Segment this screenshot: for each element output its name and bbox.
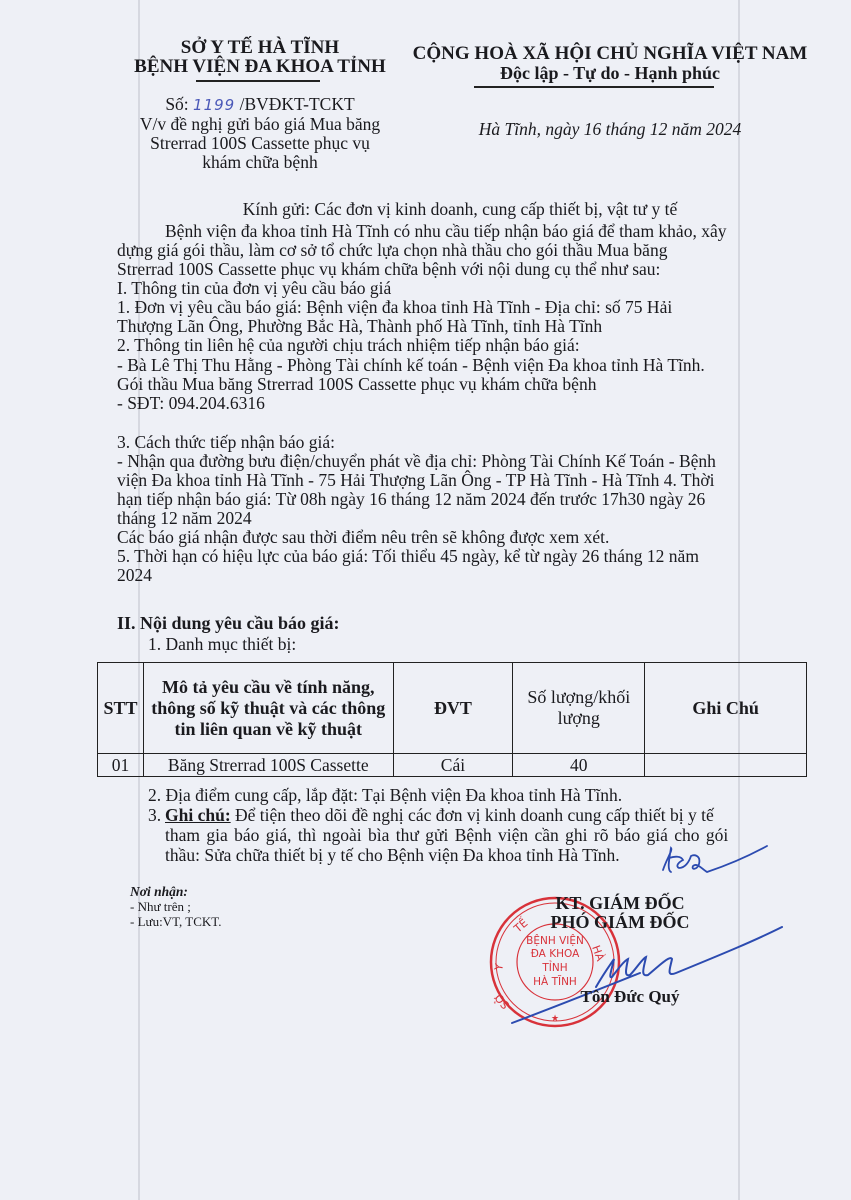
body-line: Gói thầu Mua băng Strerrad 100S Cassette… [117, 375, 596, 394]
hospital-name: BỆNH VIỆN ĐA KHOA TỈNH [100, 57, 420, 77]
body-line: viện Đa khoa tỉnh Hà Tĩnh - 75 Hải Thượn… [117, 471, 714, 490]
table-header-row: STT Mô tả yêu cầu về tính năng, thông số… [98, 663, 807, 754]
body-line: tháng 12 năm 2024 [117, 509, 252, 528]
body-line: - Nhận qua đường bưu điện/chuyển phát về… [117, 452, 716, 471]
number-handwritten: 1199 [193, 96, 235, 114]
cell-stt: 01 [98, 754, 144, 777]
recipient-item: - Như trên ; [130, 899, 191, 914]
header-quantity: Số lượng/khối lượng [513, 663, 645, 754]
place-date: Hà Tĩnh, ngày 16 tháng 12 năm 2024 [400, 120, 820, 139]
header-left-underline [196, 80, 320, 82]
subject-line-2: Strerrad 100S Cassette phục vụ [100, 134, 420, 153]
header-note: Ghi Chú [645, 663, 807, 754]
body-line: Thượng Lãn Ông, Phường Bắc Hà, Thành phố… [117, 317, 602, 336]
header-unit: ĐVT [393, 663, 513, 754]
body-line: Bệnh viện đa khoa tỉnh Hà Tĩnh có nhu cầ… [165, 222, 726, 241]
body-line: 5. Thời hạn có hiệu lực của báo giá: Tối… [117, 547, 699, 566]
section-2-item-3-number: 3. [148, 806, 161, 825]
equipment-table: STT Mô tả yêu cầu về tính năng, thông số… [97, 662, 807, 777]
cell-description: Băng Strerrad 100S Cassette [143, 754, 393, 777]
body-line: 2024 [117, 566, 152, 585]
nation-title: CỘNG HOÀ XÃ HỘI CHỦ NGHĨA VIỆT NAM [400, 44, 820, 64]
number-suffix: /BVĐKT-TCKT [240, 94, 355, 114]
cell-note [645, 754, 807, 777]
motto: Độc lập - Tự do - Hạnh phúc [400, 63, 820, 83]
subject-line-1: V/v đề nghị gửi báo giá Mua băng [100, 115, 420, 134]
page-fold-left [138, 0, 140, 1200]
section-2-item-1: 1. Danh mục thiết bị: [148, 635, 296, 654]
note-label: Ghi chú: [165, 805, 231, 825]
header-stt: STT [98, 663, 144, 754]
section-2-item-2: 2. Địa điểm cung cấp, lắp đặt: Tại Bệnh … [148, 786, 622, 805]
body-line: hạn tiếp nhận báo giá: Từ 08h ngày 16 th… [117, 490, 705, 509]
body-line: Các báo giá nhận được sau thời điểm nêu … [117, 528, 609, 547]
signer-name: Tôn Đức Quý [560, 987, 700, 1006]
salutation: Kính gửi: Các đơn vị kinh doanh, cung cấ… [110, 200, 810, 219]
body-line: 3. Cách thức tiếp nhận báo giá: [117, 433, 335, 452]
section-2-heading: II. Nội dung yêu cầu báo giá: [117, 613, 340, 633]
cell-unit: Cái [393, 754, 513, 777]
signature-title-1: KT. GIÁM ĐỐC [520, 893, 720, 913]
motto-underline [474, 86, 714, 88]
phone-line: - SĐT: 094.204.6316 [117, 394, 265, 413]
body-line: dựng giá gói thầu, làm cơ sở tổ chức lựa… [117, 241, 667, 260]
body-line: Strerrad 100S Cassette phục vụ khám chữa… [117, 260, 660, 279]
note-text: Để tiện theo dõi đề nghị các đơn vị kinh… [235, 805, 714, 825]
subject-line-3: khám chữa bệnh [100, 153, 420, 172]
body-line: 2. Thông tin liên hệ của người chịu trác… [117, 336, 580, 355]
body-line: - Bà Lê Thị Thu Hằng - Phòng Tài chính k… [117, 356, 705, 375]
section-1-heading: I. Thông tin của đơn vị yêu cầu báo giá [117, 279, 391, 298]
agency-name: SỞ Y TẾ HÀ TĨNH [100, 38, 420, 58]
header-description: Mô tả yêu cầu về tính năng, thông số kỹ … [143, 663, 393, 754]
body-line: 1. Đơn vị yêu cầu báo giá: Bệnh viện đa … [117, 298, 672, 317]
section-2-item-3-line-2: tham gia báo giá, thì ngoài bìa thư gửi … [165, 826, 728, 845]
recipients-title: Nơi nhận: [130, 884, 188, 899]
section-2-item-3-line-3: thầu: Sửa chữa thiết bị y tế cho Bệnh vi… [165, 846, 620, 865]
table-row: 01 Băng Strerrad 100S Cassette Cái 40 [98, 754, 807, 777]
cell-quantity: 40 [513, 754, 645, 777]
director-signature [500, 925, 800, 1035]
document-number: Số: 1199 /BVĐKT-TCKT [100, 95, 420, 115]
section-2-item-3-line-1: Ghi chú: Để tiện theo dõi đề nghị các đơ… [165, 806, 714, 825]
recipient-item: - Lưu:VT, TCKT. [130, 914, 222, 929]
initials-signature [655, 840, 775, 885]
number-prefix: Số: [165, 94, 188, 114]
